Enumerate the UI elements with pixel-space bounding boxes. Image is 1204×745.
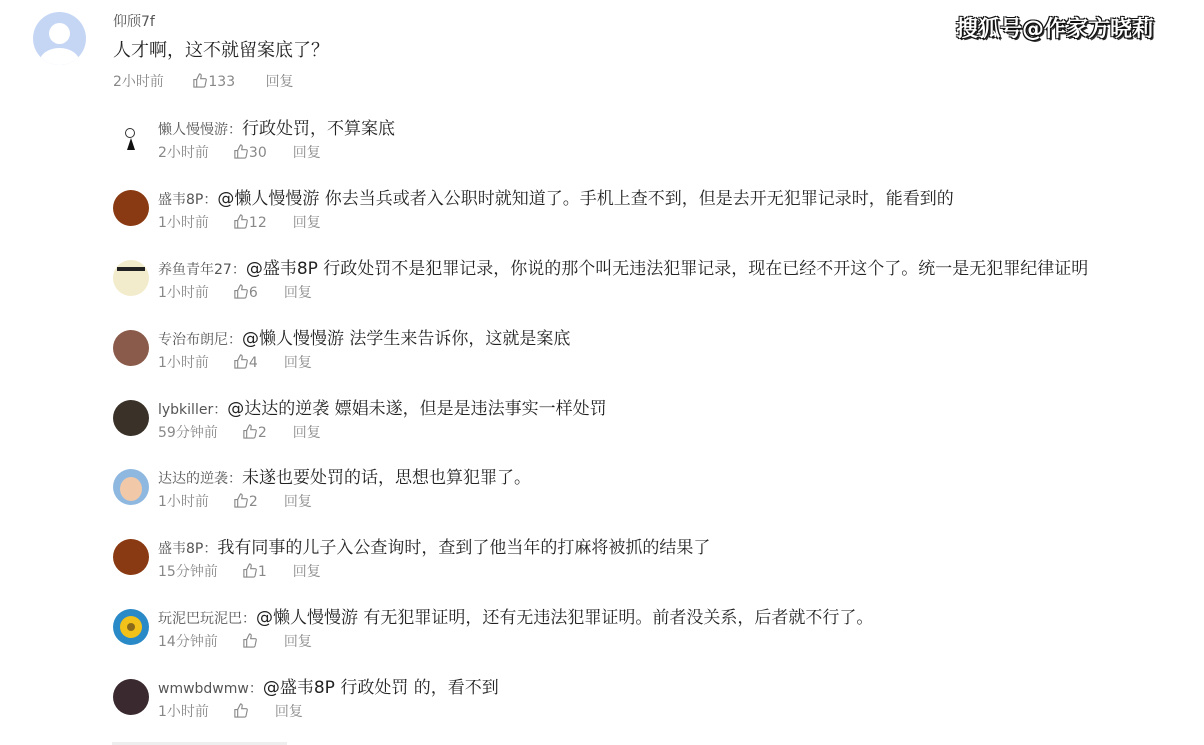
avatar[interactable] [113,330,149,366]
reply-line: wmwbdwmw：@盛韦8P 行政处罚 的，看不到 [158,673,499,698]
reply-button[interactable]: 回复 [266,71,294,91]
reply-text: 我有同事的儿子入公查询时，查到了他当年的打麻将被抓的结果了 [217,538,710,558]
reply-username[interactable]: 专治布朗尼 [158,332,228,348]
panda-doodle-icon [125,128,135,138]
like-count: 12 [249,215,267,231]
separator: ： [228,332,242,348]
reply-line: 盛韦8P：我有同事的儿子入公查询时，查到了他当年的打麻将被抓的结果了 [158,533,710,558]
reply-time: 1小时前 [158,352,209,372]
like-button[interactable]: 4 [233,354,258,371]
separator: ： [203,541,217,557]
reply-line: 养鱼青年27：@盛韦8P 行政处罚不是犯罪记录，你说的那个叫无违法犯罪记录，现在… [158,254,1088,279]
like-count: 1 [258,564,267,580]
reply-item: lybkiller：@达达的逆袭 嫖娼未遂，但是是违法事实一样处罚59分钟前2回… [0,394,1204,464]
reply-item: 懒人慢慢游：行政处罚，不算案底2小时前30回复 [0,114,1204,184]
reply-button[interactable]: 回复 [284,282,312,302]
like-count: 6 [249,285,258,301]
reply-text: @懒人慢慢游 有无犯罪证明，还有无违法犯罪证明。前者没关系，后者就不行了。 [256,608,873,628]
reply-text: @懒人慢慢游 法学生来告诉你，这就是案底 [242,329,570,349]
like-button[interactable] [242,633,258,650]
avatar[interactable] [113,679,149,715]
reply-line: 玩泥巴玩泥巴：@懒人慢慢游 有无犯罪证明，还有无违法犯罪证明。前者没关系，后者就… [158,603,873,628]
reply-text: 未遂也要处罚的话，思想也算犯罪了。 [242,468,531,488]
separator: ： [213,402,227,418]
like-button[interactable]: 1 [242,563,267,580]
reply-item: 盛韦8P：我有同事的儿子入公查询时，查到了他当年的打麻将被抓的结果了15分钟前1… [0,533,1204,603]
reply-button[interactable]: 回复 [293,561,321,581]
reply-username[interactable]: 玩泥巴玩泥巴 [158,611,242,627]
thumbs-up-icon [233,214,248,229]
like-count: 30 [249,145,267,161]
reply-item: 达达的逆袭：未遂也要处罚的话，思想也算犯罪了。1小时前2回复 [0,463,1204,533]
reply-button[interactable]: 回复 [284,352,312,372]
reply-line: 达达的逆袭：未遂也要处罚的话，思想也算犯罪了。 [158,463,531,488]
like-count: 4 [249,355,258,371]
comment-text: 人才啊，这不就留案底了？ [113,36,329,62]
reply-line: 盛韦8P：@懒人慢慢游 你去当兵或者入公职时就知道了。手机上查不到，但是去开无犯… [158,184,954,209]
like-button[interactable]: 2 [242,424,267,441]
default-avatar-body-icon [39,48,80,65]
avatar[interactable] [113,539,149,575]
reply-username[interactable]: lybkiller [158,402,213,418]
reply-line: 懒人慢慢游：行政处罚，不算案底 [158,114,395,139]
default-avatar-head-icon [49,23,70,44]
reply-username[interactable]: 盛韦8P [158,541,203,557]
reply-button[interactable]: 回复 [293,422,321,442]
like-button[interactable]: 12 [233,214,267,231]
main-comment: 仰颀7f 人才啊，这不就留案底了？ 2小时前 133 回复 [0,0,900,100]
reply-username[interactable]: wmwbdwmw [158,681,249,697]
thumbs-up-icon [192,73,207,88]
watermark: 搜狐号@作家方晓莉 [956,12,1154,43]
reply-username[interactable]: 盛韦8P [158,192,203,208]
figure-icon [127,138,135,150]
thumbs-up-icon [233,284,248,299]
avatar[interactable] [113,469,149,505]
avatar[interactable] [113,400,149,436]
like-count: 133 [208,74,235,90]
thumbs-up-icon [233,354,248,369]
reply-time: 2小时前 [158,142,209,162]
reply-item: 养鱼青年27：@盛韦8P 行政处罚不是犯罪记录，你说的那个叫无违法犯罪记录，现在… [0,254,1204,324]
reply-text: 行政处罚，不算案底 [242,119,395,139]
reply-line: lybkiller：@达达的逆袭 嫖娼未遂，但是是违法事实一样处罚 [158,394,607,419]
reply-text: @达达的逆袭 嫖娼未遂，但是是违法事实一样处罚 [227,399,606,419]
reply-meta: 1小时前4回复 [158,352,312,372]
reply-meta: 15分钟前1回复 [158,561,321,581]
reply-text: @盛韦8P 行政处罚 的，看不到 [263,678,499,698]
reply-meta: 14分钟前回复 [158,631,312,651]
separator: ： [242,611,256,627]
bear-face-icon [120,477,142,501]
thumbs-up-icon [233,703,248,718]
reply-username[interactable]: 懒人慢慢游 [158,122,228,138]
reply-item: 玩泥巴玩泥巴：@懒人慢慢游 有无犯罪证明，还有无违法犯罪证明。前者没关系，后者就… [0,603,1204,673]
avatar[interactable] [113,120,149,156]
reply-meta: 2小时前30回复 [158,142,321,162]
avatar[interactable] [33,12,86,65]
like-button[interactable] [233,703,249,720]
reply-meta: 1小时前6回复 [158,282,312,302]
thumbs-up-icon [233,493,248,508]
reply-item: 盛韦8P：@懒人慢慢游 你去当兵或者入公职时就知道了。手机上查不到，但是去开无犯… [0,184,1204,254]
like-button[interactable]: 2 [233,493,258,510]
comment-meta: 2小时前 133 回复 [113,71,294,91]
comment-username[interactable]: 仰颀7f [113,11,155,31]
like-button[interactable]: 30 [233,144,267,161]
reply-time: 1小时前 [158,491,209,511]
reply-time: 15分钟前 [158,561,218,581]
reply-text: @盛韦8P 行政处罚不是犯罪记录，你说的那个叫无违法犯罪记录，现在已经不开这个了… [246,259,1088,279]
like-count: 2 [249,494,258,510]
reply-meta: 59分钟前2回复 [158,422,321,442]
reply-time: 1小时前 [158,212,209,232]
reply-button[interactable]: 回复 [284,491,312,511]
reply-time: 59分钟前 [158,422,218,442]
reply-button[interactable]: 回复 [284,631,312,651]
thumbs-up-icon [233,144,248,159]
like-button[interactable]: 133 [192,73,235,90]
separator: ： [228,122,242,138]
reply-time: 14分钟前 [158,631,218,651]
comment-time: 2小时前 [113,71,164,91]
sunflower-center-icon [127,623,135,631]
reply-button[interactable]: 回复 [293,212,321,232]
reply-button[interactable]: 回复 [293,142,321,162]
reply-line: 专治布朗尼：@懒人慢慢游 法学生来告诉你，这就是案底 [158,324,570,349]
reply-text: @懒人慢慢游 你去当兵或者入公职时就知道了。手机上查不到，但是去开无犯罪记录时，… [217,189,953,209]
separator: ： [203,192,217,208]
thumbs-up-icon [242,633,257,648]
like-count: 2 [258,425,267,441]
reply-time: 1小时前 [158,282,209,302]
avatar[interactable] [113,260,149,296]
avatar[interactable] [113,190,149,226]
hat-icon [117,267,145,271]
reply-meta: 1小时前回复 [158,701,303,721]
reply-username[interactable]: 达达的逆袭 [158,471,228,487]
reply-time: 1小时前 [158,701,209,721]
reply-meta: 1小时前12回复 [158,212,321,232]
reply-button[interactable]: 回复 [275,701,303,721]
reply-item: wmwbdwmw：@盛韦8P 行政处罚 的，看不到1小时前回复 [0,673,1204,743]
avatar[interactable] [113,609,149,645]
reply-username[interactable]: 养鱼青年27 [158,262,232,278]
separator: ： [228,471,242,487]
like-button[interactable]: 6 [233,284,258,301]
reply-item: 专治布朗尼：@懒人慢慢游 法学生来告诉你，这就是案底1小时前4回复 [0,324,1204,394]
separator: ： [232,262,246,278]
thumbs-up-icon [242,424,257,439]
thumbs-up-icon [242,563,257,578]
separator: ： [249,681,263,697]
reply-meta: 1小时前2回复 [158,491,312,511]
